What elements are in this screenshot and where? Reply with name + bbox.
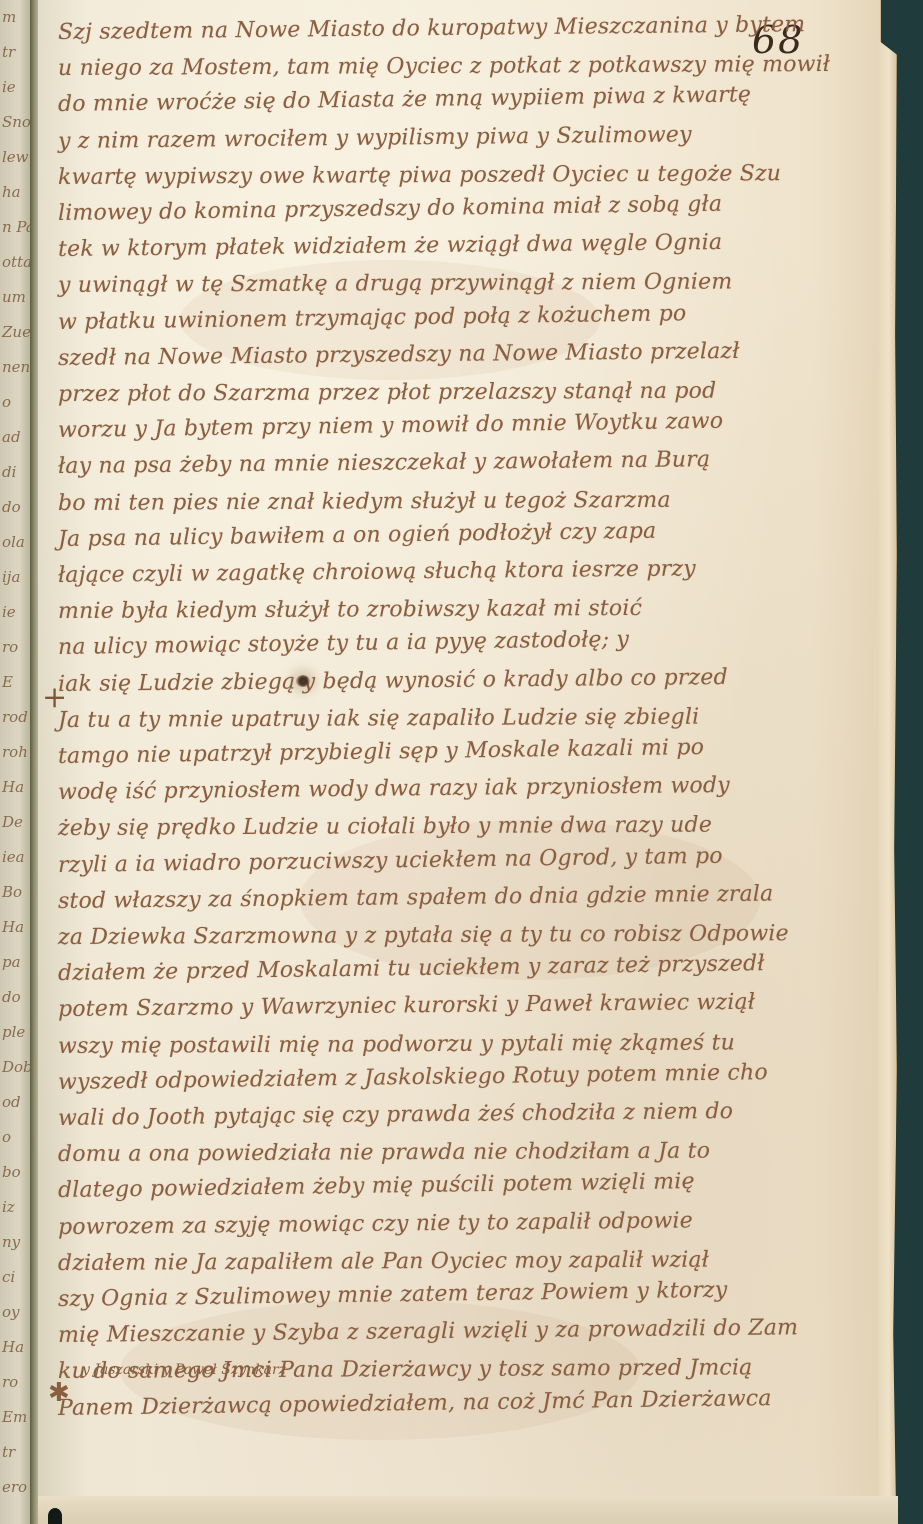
- previous-page-text-fragment: ny: [2, 1233, 20, 1251]
- manuscript-line: kwartę wypiwszy owe kwartę piwa poszedł …: [58, 161, 781, 190]
- previous-page-text-fragment: iea: [2, 848, 25, 866]
- previous-page-text-fragment: E: [2, 673, 13, 691]
- manuscript-line: żeby się prędko Ludzie u ciołali było y …: [58, 813, 712, 841]
- manuscript-scan: mtrieSnolewhan PaottaumZuenenoaddidoolai…: [0, 0, 923, 1524]
- previous-page-text-fragment: ie: [2, 603, 16, 621]
- previous-page-text-fragment: ola: [2, 533, 25, 551]
- manuscript-line: domu a ona powiedziała nie prawda nie ch…: [58, 1139, 710, 1167]
- previous-page-text-fragment: ha: [2, 183, 21, 201]
- previous-page-text-fragment: do: [2, 498, 21, 516]
- margin-star-mark: ✱: [48, 1378, 70, 1408]
- previous-page-edge: mtrieSnolewhan PaottaumZuenenoaddidoolai…: [0, 0, 34, 1524]
- manuscript-line: y uwinągł w tę Szmatkę a drugą przywinąg…: [58, 270, 732, 299]
- previous-page-text-fragment: oy: [2, 1303, 20, 1321]
- manuscript-line: mnie była kiedym służył to zrobiwszy kaz…: [58, 596, 642, 624]
- ink-blot: [296, 675, 310, 687]
- manuscript-line: wszy mię postawili mię na podworzu y pyt…: [58, 1030, 735, 1059]
- previous-page-text-fragment: ad: [2, 428, 21, 446]
- previous-page-text-fragment: ie: [2, 78, 16, 96]
- previous-page-text-fragment: Sno: [2, 113, 31, 131]
- previous-page-text-fragment: ro: [2, 638, 18, 656]
- previous-page-text-fragment: rod: [2, 708, 28, 726]
- previous-page-text-fragment: bo: [2, 1163, 21, 1181]
- previous-page-text-fragment: ple: [2, 1023, 25, 1041]
- interlinear-note: y Jaszarski y Paweł Szynkarz: [82, 1362, 286, 1378]
- previous-page-text-fragment: nen: [2, 358, 30, 376]
- manuscript-line: u niego za Mostem, tam mię Oyciec z potk…: [58, 52, 830, 81]
- previous-page-text-fragment: tr: [2, 1443, 15, 1461]
- previous-page-text-fragment: um: [2, 288, 26, 306]
- previous-page-text-fragment: Ha: [2, 918, 24, 936]
- manuscript-line: za Dziewka Szarzmowna y z pytała się a t…: [58, 921, 789, 950]
- manuscript-line: bo mi ten pies nie znał kiedym służył u …: [58, 487, 671, 515]
- previous-page-text-fragment: roh: [2, 743, 28, 761]
- previous-page-text-fragment: ro: [2, 1373, 18, 1391]
- margin-cross-mark: +: [42, 680, 67, 715]
- previous-page-text-fragment: Em: [2, 1408, 27, 1426]
- previous-page-text-fragment: ci: [2, 1268, 15, 1286]
- previous-page-text-fragment: tr: [2, 43, 15, 61]
- previous-page-text-fragment: o: [2, 1128, 11, 1146]
- page-bottom-edge: [38, 1496, 898, 1524]
- previous-page-text-fragment: Ha: [2, 1338, 24, 1356]
- previous-page-text-fragment: Bo: [2, 883, 22, 901]
- previous-page-text-fragment: od: [2, 1093, 21, 1111]
- previous-page-text-fragment: m: [2, 8, 16, 26]
- previous-page-text-fragment: di: [2, 463, 16, 481]
- previous-page-text-fragment: ero: [2, 1478, 27, 1496]
- binding-notch: [48, 1508, 62, 1524]
- manuscript-line: Ja tu a ty mnie upatruy iak się zapaliło…: [58, 704, 700, 732]
- previous-page-text-fragment: Zue: [2, 323, 31, 341]
- previous-page-text-fragment: Dob: [2, 1058, 33, 1076]
- page-torn-edge: [878, 40, 897, 1510]
- previous-page-text-fragment: o: [2, 393, 11, 411]
- previous-page-text-fragment: iz: [2, 1198, 15, 1216]
- previous-page-text-fragment: otta: [2, 253, 32, 271]
- previous-page-text-fragment: De: [2, 813, 23, 831]
- previous-page-text-fragment: do: [2, 988, 21, 1006]
- previous-page-text-fragment: pa: [2, 953, 21, 971]
- manuscript-line: przez płot do Szarzma przez płot przelaz…: [58, 379, 716, 407]
- previous-page-text-fragment: Ha: [2, 778, 24, 796]
- previous-page-text-fragment: ija: [2, 568, 20, 586]
- previous-page-text-fragment: lew: [2, 148, 29, 166]
- manuscript-line: działem nie Ja zapaliłem ale Pan Oyciec …: [58, 1247, 709, 1275]
